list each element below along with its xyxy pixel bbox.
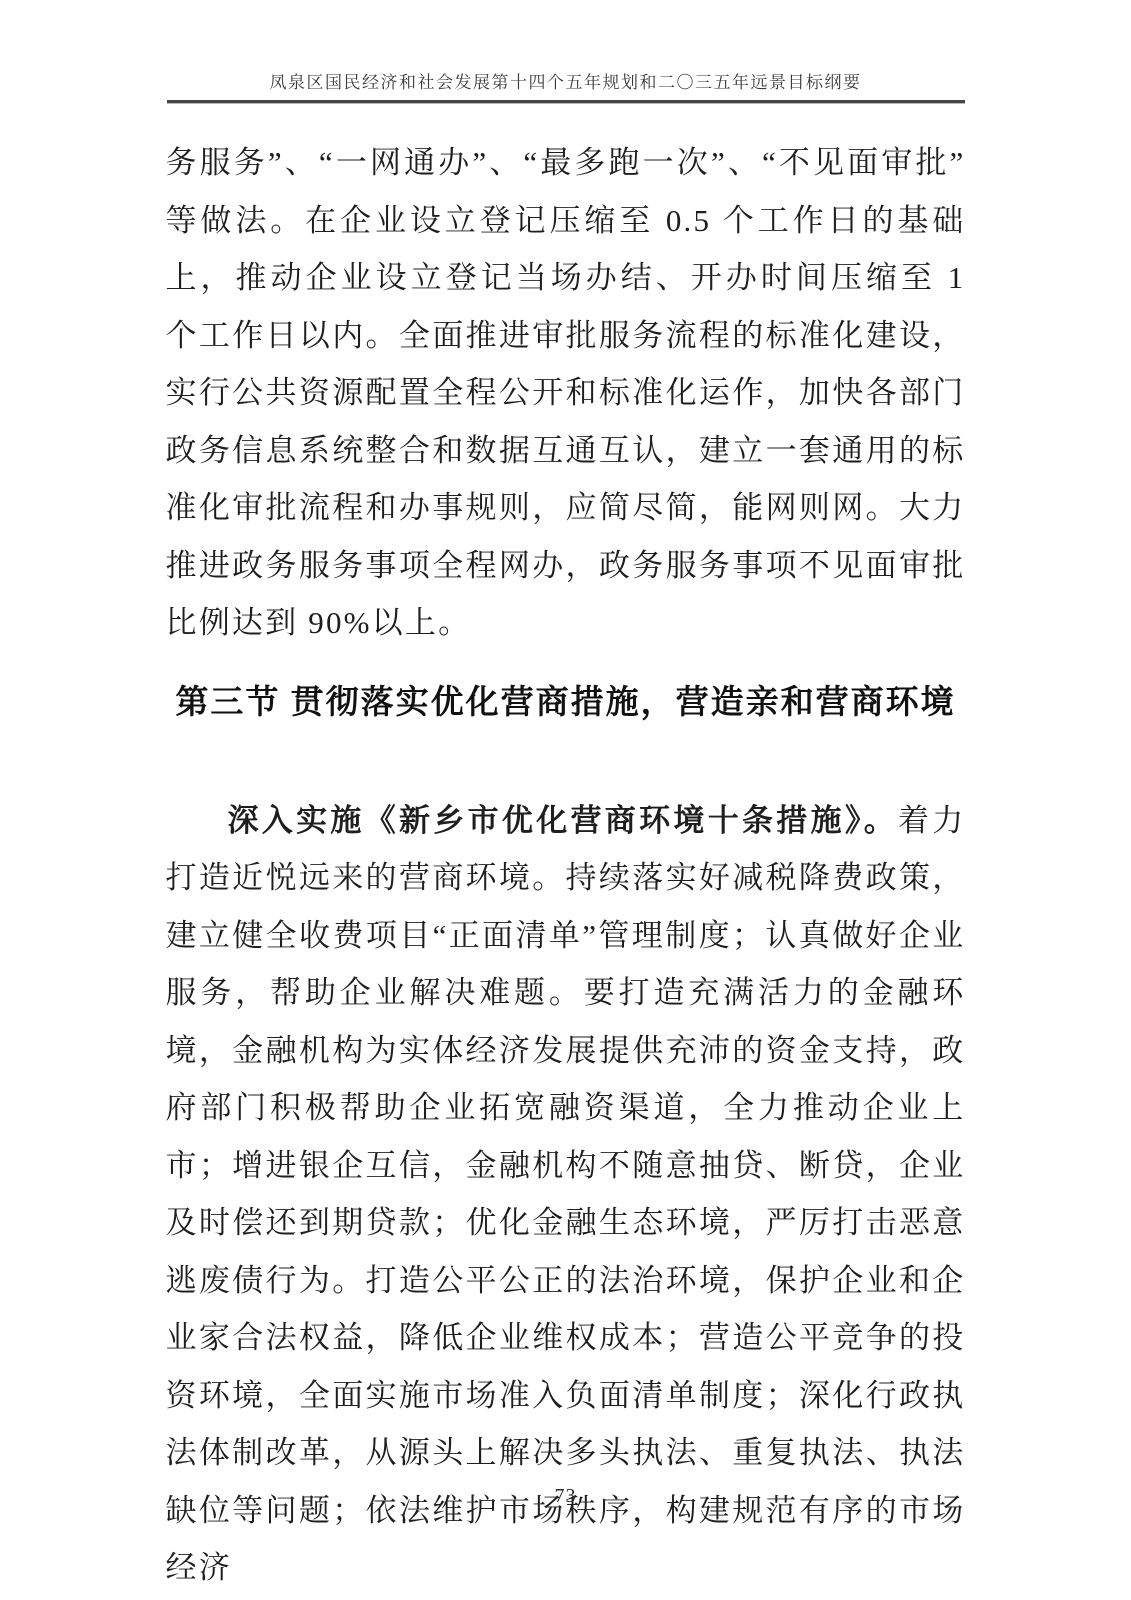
paragraph-body-text: 着力打造近悦远来的营商环境。持续落实好减税降费政策，建立健全收费项目“正面清单”… xyxy=(166,803,966,1586)
document-page: 凤泉区国民经济和社会发展第十四个五年规划和二〇三五年远景目标纲要 务服务”、“一… xyxy=(0,0,1131,1600)
page-number: 73 xyxy=(555,1485,577,1507)
page-header: 凤泉区国民经济和社会发展第十四个五年规划和二〇三五年远景目标纲要 xyxy=(0,0,1131,104)
paragraph-bold-lead: 深入实施《新乡市优化营商环境十条措施》。 xyxy=(228,803,899,838)
header-rule xyxy=(167,100,965,104)
document-body: 务服务”、“一网通办”、“最多跑一次”、“不见面审批”等做法。在企业设立登记压缩… xyxy=(166,134,966,1597)
header-title: 凤泉区国民经济和社会发展第十四个五年规划和二〇三五年远景目标纲要 xyxy=(166,72,966,94)
page-footer: 73 xyxy=(0,1485,1131,1508)
paragraph-main: 深入实施《新乡市优化营商环境十条措施》。着力打造近悦远来的营商环境。持续落实好减… xyxy=(166,792,966,1597)
paragraph-continuation: 务服务”、“一网通办”、“最多跑一次”、“不见面审批”等做法。在企业设立登记压缩… xyxy=(166,134,966,652)
section-heading: 第三节 贯彻落实优化营商措施，营造亲和营商环境 xyxy=(166,680,966,726)
